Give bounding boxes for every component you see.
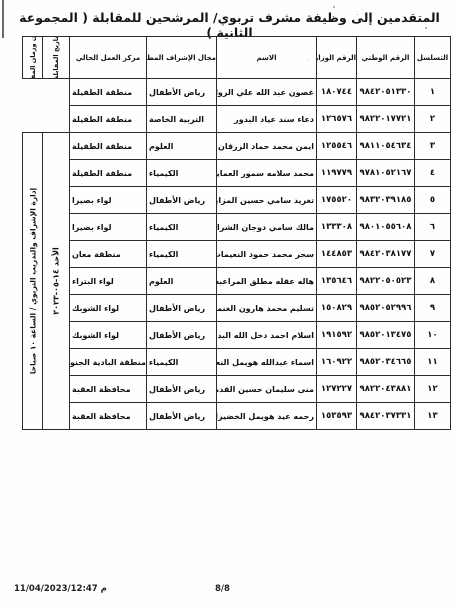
serial-cell: ٧ bbox=[415, 241, 451, 268]
table-row: ١٣ ٩٨٤٢٠٣٧٣٣١ ١٥٣٥٩٣ رحمه عيد هويمل الخض… bbox=[23, 403, 451, 430]
name-cell: غصون عبد الله علي الرواجفه bbox=[217, 79, 317, 106]
table-row: ٣ ٩٨١١٠٥٤٦٣٤ ١٢٥٥٤٦ ايمن محمد حماد الزرق… bbox=[23, 133, 451, 160]
name-cell: تغريد سامي حسين المزايده bbox=[217, 187, 317, 214]
name-cell: هاله عقله مطلق المراعبه bbox=[217, 268, 317, 295]
scan-noise-dot bbox=[333, 6, 335, 8]
name-cell: مالك سامي دوجان الشراري bbox=[217, 214, 317, 241]
ministry-id-cell: ١٢٧٢٢٧ bbox=[317, 376, 357, 403]
name-cell: سحر محمد حمود النعيمات bbox=[217, 241, 317, 268]
ministry-id-cell: ١٥٠٨٢٩ bbox=[317, 295, 357, 322]
national-id-cell: ٩٨٠١٠٥٥٦٠٨ bbox=[357, 214, 415, 241]
table-row: ٥ ٩٨٣٢٠٣٩١٨٥ ١٧٥٥٢٠ تغريد سامي حسين المز… bbox=[23, 187, 451, 214]
candidates-table: التسلسل الرقم الوطني الرقم الوزاري الاسم… bbox=[22, 36, 451, 430]
serial-cell: ١٢ bbox=[415, 376, 451, 403]
header-supervision-field: مجال الإشراف المطلوب bbox=[147, 37, 217, 79]
name-cell: تسليم محمد هارون الغنميين bbox=[217, 295, 317, 322]
national-id-cell: ٩٨٤٢٠٣٧٣٣١ bbox=[357, 403, 415, 430]
national-id-cell: ٩٨٢٢٠٤٣٨٨١ bbox=[357, 376, 415, 403]
ministry-id-cell: ١٥٣٥٩٣ bbox=[317, 403, 357, 430]
table-row: ٨ ٩٨٢٢٠٥٠٥٢٣ ١٣٥٦٤٦ هاله عقله مطلق المرا… bbox=[23, 268, 451, 295]
interview-date-label: تاريخ المقابلة bbox=[52, 37, 60, 79]
serial-cell: ٥ bbox=[415, 187, 451, 214]
work-center-cell: منطقة البادية الجنوبية bbox=[70, 349, 147, 376]
ministry-id-cell: ١٨٠٧٤٤ bbox=[317, 79, 357, 106]
ministry-id-cell: ١٤٤٨٥٣ bbox=[317, 241, 357, 268]
serial-cell: ١ bbox=[415, 79, 451, 106]
supervision-field-cell: الكيمياء bbox=[147, 214, 217, 241]
name-cell: دعاء سند عياد البدور bbox=[217, 106, 317, 133]
name-cell: رحمه عيد هويمل الخضيرات bbox=[217, 403, 317, 430]
ministry-id-cell: ١٩١٥٩٢ bbox=[317, 322, 357, 349]
supervision-field-cell: التربية الخاصة bbox=[147, 106, 217, 133]
ministry-id-cell: ١٧٥٥٢٠ bbox=[317, 187, 357, 214]
supervision-field-cell: رياض الأطفال bbox=[147, 322, 217, 349]
name-cell: اسلام احمد دخل الله البدور bbox=[217, 322, 317, 349]
ministry-id-cell: ١٢٥٥٤٦ bbox=[317, 133, 357, 160]
header-interview-date: تاريخ المقابلة bbox=[43, 37, 70, 79]
interview-place-cell: إدارة الإشراف والتدريب التربوي / الساعة … bbox=[23, 133, 43, 430]
serial-cell: ١١ bbox=[415, 349, 451, 376]
table-row: ٧ ٩٨٤٢٠٣٨١٧٧ ١٤٤٨٥٣ سحر محمد حمود النعيم… bbox=[23, 241, 451, 268]
national-id-cell: ٩٨٤٢٠٣٨١٧٧ bbox=[357, 241, 415, 268]
work-center-cell: لواء بصيرا bbox=[70, 187, 147, 214]
supervision-field-cell: رياض الأطفال bbox=[147, 79, 217, 106]
header-national-id: الرقم الوطني bbox=[357, 37, 415, 79]
national-id-cell: ٩٨٥٢٠٣٤٦٦٥ bbox=[357, 349, 415, 376]
supervision-field-cell: رياض الأطفال bbox=[147, 187, 217, 214]
supervision-field-cell: الكيمياء bbox=[147, 349, 217, 376]
interview-date-cell: الأحد ١٤-٠٥-٢٠٢٣ bbox=[43, 133, 70, 430]
interview-place-cell-text: إدارة الإشراف والتدريب التربوي / الساعة … bbox=[28, 188, 37, 374]
work-center-cell: لواء بصيرا bbox=[70, 214, 147, 241]
supervision-field-cell: العلوم bbox=[147, 268, 217, 295]
header-serial: التسلسل bbox=[415, 37, 451, 79]
work-center-cell: لواء الشوبك bbox=[70, 322, 147, 349]
serial-cell: ١٣ bbox=[415, 403, 451, 430]
table-row: ٤ ٩٧٨١٠٥٢١٦٧ ١١٩٧٧٩ محمد سلامه سمور العم… bbox=[23, 160, 451, 187]
header-ministry-id: الرقم الوزاري bbox=[317, 37, 357, 79]
serial-cell: ٣ bbox=[415, 133, 451, 160]
national-id-cell: ٩٨٥٢٠١٣٤٧٥ bbox=[357, 322, 415, 349]
header-row: التسلسل الرقم الوطني الرقم الوزاري الاسم… bbox=[23, 37, 451, 79]
national-id-cell: ٩٨٤٢٠٥١٣٣٠ bbox=[357, 79, 415, 106]
interview-date-cell-text: الأحد ١٤-٠٥-٢٠٢٣ bbox=[52, 247, 61, 315]
supervision-field-cell: الكيمياء bbox=[147, 160, 217, 187]
work-center-cell: منطقة الطفيلة bbox=[70, 133, 147, 160]
ministry-id-cell: ١٣٥٦٤٦ bbox=[317, 268, 357, 295]
work-center-cell: لواء البتراء bbox=[70, 268, 147, 295]
table-body: ١ ٩٨٤٢٠٥١٣٣٠ ١٨٠٧٤٤ غصون عبد الله علي ال… bbox=[23, 79, 451, 430]
table-row: ٦ ٩٨٠١٠٥٥٦٠٨ ١٣٣٣٠٨ مالك سامي دوجان الشر… bbox=[23, 214, 451, 241]
table-row: ١ ٩٨٤٢٠٥١٣٣٠ ١٨٠٧٤٤ غصون عبد الله علي ال… bbox=[23, 79, 451, 106]
name-cell: محمد سلامه سمور العمايره bbox=[217, 160, 317, 187]
work-center-cell: محافظة العقبة bbox=[70, 376, 147, 403]
work-center-cell: منطقة الطفيلة bbox=[70, 79, 147, 106]
name-cell: ايمن محمد حماد الزرقان bbox=[217, 133, 317, 160]
ministry-id-cell: ١١٩٧٧٩ bbox=[317, 160, 357, 187]
supervision-field-cell: رياض الأطفال bbox=[147, 295, 217, 322]
national-id-cell: ٩٨٥٢٠٥٢٩٩٦ bbox=[357, 295, 415, 322]
print-timestamp: 11/04/2023/12:47 م bbox=[14, 584, 107, 594]
serial-cell: ٨ bbox=[415, 268, 451, 295]
work-center-cell: لواء الشوبك bbox=[70, 295, 147, 322]
table-row: ١١ ٩٨٥٢٠٣٤٦٦٥ ١٦٠٩٢٢ اسماء عبدالله هويمل… bbox=[23, 349, 451, 376]
work-center-cell: منطقة الطفيلة bbox=[70, 160, 147, 187]
work-center-cell: منطقة الطفيلة bbox=[70, 106, 147, 133]
work-center-cell: محافظة العقبة bbox=[70, 403, 147, 430]
serial-cell: ٢ bbox=[415, 106, 451, 133]
scanned-document-page: المتقدمين إلى وظيفة مشرف تربوي/ المرشحين… bbox=[0, 0, 459, 610]
name-cell: منى سليمان حسين القدمان bbox=[217, 376, 317, 403]
table-row: ١٠ ٩٨٥٢٠١٣٤٧٥ ١٩١٥٩٢ اسلام احمد دخل الله… bbox=[23, 322, 451, 349]
supervision-field-cell: العلوم bbox=[147, 133, 217, 160]
table-row: ١٢ ٩٨٢٢٠٤٣٨٨١ ١٢٧٢٢٧ منى سليمان حسين الق… bbox=[23, 376, 451, 403]
supervision-field-cell: الكيمياء bbox=[147, 241, 217, 268]
table-row: ٢ ٩٨٢٢٠١٧٧٢١ ١٢٦٥٧٦ دعاء سند عياد البدور… bbox=[23, 106, 451, 133]
ministry-id-cell: ١٢٦٥٧٦ bbox=[317, 106, 357, 133]
serial-cell: ٦ bbox=[415, 214, 451, 241]
name-cell: اسماء عبدالله هويمل النعيمات bbox=[217, 349, 317, 376]
header-work-center: مركز العمل الحالي bbox=[70, 37, 147, 79]
supervision-field-cell: رياض الأطفال bbox=[147, 403, 217, 430]
national-id-cell: ٩٧٨١٠٥٢١٦٧ bbox=[357, 160, 415, 187]
page-number: 8/8 bbox=[215, 584, 230, 594]
header-name: الاسم bbox=[217, 37, 317, 79]
serial-cell: ١٠ bbox=[415, 322, 451, 349]
supervision-field-cell: رياض الأطفال bbox=[147, 376, 217, 403]
work-center-cell: منطقة معان bbox=[70, 241, 147, 268]
ministry-id-cell: ١٦٠٩٢٢ bbox=[317, 349, 357, 376]
ministry-id-cell: ١٣٣٣٠٨ bbox=[317, 214, 357, 241]
table-row: ٩ ٩٨٥٢٠٥٢٩٩٦ ١٥٠٨٢٩ تسليم محمد هارون الغ… bbox=[23, 295, 451, 322]
national-id-cell: ٩٨٢٢٠١٧٧٢١ bbox=[357, 106, 415, 133]
serial-cell: ٤ bbox=[415, 160, 451, 187]
national-id-cell: ٩٨١١٠٥٤٦٣٤ bbox=[357, 133, 415, 160]
interview-place-label: مكان وزمان المقابلة bbox=[29, 37, 37, 79]
national-id-cell: ٩٨٢٢٠٥٠٥٢٣ bbox=[357, 268, 415, 295]
header-interview-place: مكان وزمان المقابلة bbox=[23, 37, 43, 79]
national-id-cell: ٩٨٣٢٠٣٩١٨٥ bbox=[357, 187, 415, 214]
candidates-table-wrapper: التسلسل الرقم الوطني الرقم الوزاري الاسم… bbox=[22, 36, 451, 430]
serial-cell: ٩ bbox=[415, 295, 451, 322]
